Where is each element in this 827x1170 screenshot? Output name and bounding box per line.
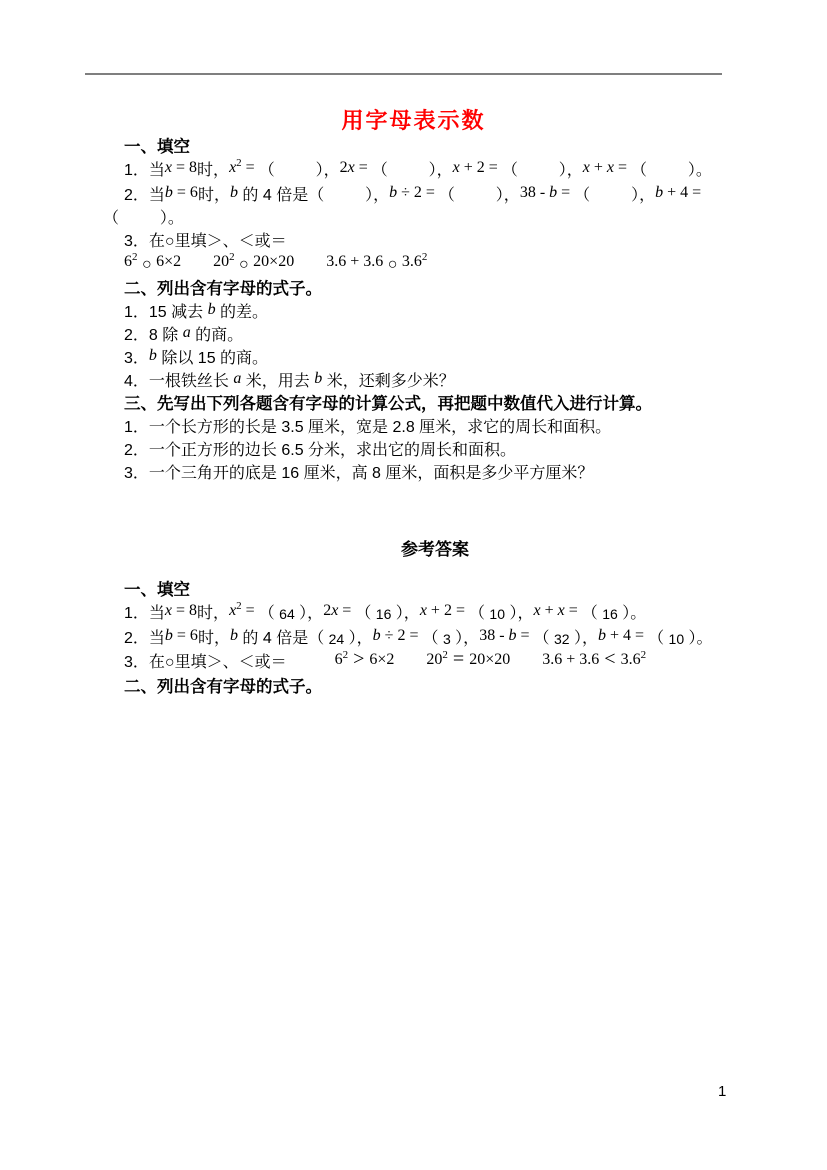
text-segment: （ ），	[259, 162, 340, 179]
text-segment: 的商。	[191, 327, 243, 344]
text-segment: ○	[235, 256, 254, 273]
text-segment: 4．一根铁丝长	[124, 373, 233, 390]
math-variable: b	[230, 627, 238, 644]
text-segment: 3．在○里填＞、＜或＝	[124, 233, 287, 250]
math-text: 38 -	[479, 627, 508, 644]
math-text: =	[242, 602, 259, 619]
q1-item2: 2．当b = 6时，b 的 4 倍是（ ），b ÷ 2 = （ ），38 - b…	[103, 184, 767, 207]
math-text: =	[338, 602, 355, 619]
q2-item1: 1．15 减去 b 的差。	[103, 301, 767, 324]
math-variable: b	[549, 184, 557, 201]
math-text: 2	[323, 602, 331, 619]
text-segment: 时，	[198, 630, 230, 647]
comparison-operator: >	[348, 648, 369, 670]
text-segment: （	[582, 605, 602, 622]
text-segment: 的差。	[216, 304, 268, 321]
math-text: + 2 =	[460, 159, 502, 176]
math-text: 6	[124, 253, 132, 270]
math-text: +	[541, 602, 558, 619]
worksheet-title: 用字母表示数	[0, 0, 827, 136]
q3-item1: 1．一个长方形的长是 3.5 厘米，宽是 2.8 厘米，求它的周长和面积。	[103, 416, 767, 439]
text-segment: 2．8 除	[124, 327, 183, 344]
math-superscript: 2	[132, 251, 138, 263]
math-variable: x	[533, 602, 540, 619]
text-segment: 2．一个正方形的边长 6.5 分米，求出它的周长和面积。	[124, 442, 516, 459]
answer-value: 24	[329, 631, 345, 647]
answer-value: 10	[489, 606, 505, 622]
math-variable: b	[598, 627, 606, 644]
text-segment	[287, 654, 335, 671]
math-text: + 2 =	[427, 602, 469, 619]
text-segment: 时，	[198, 187, 230, 204]
math-variable: x	[583, 159, 590, 176]
answers-q1-item1: 1．当x = 8时，x2 = （ 64 ），2x = （ 16 ），x + 2 …	[103, 602, 767, 627]
q3-item3: 3．一个三角开的底是 16 厘米，高 8 厘米，面积是多少平方厘米？	[103, 462, 767, 485]
answers-title: 参考答案	[103, 538, 767, 562]
text-segment: （	[469, 605, 489, 622]
text-segment: ○	[138, 256, 157, 273]
worksheet-body: 一、填空 1．当x = 8时，x2 = （ ），2x = （ ），x + 2 =…	[103, 136, 767, 699]
document-page: 用字母表示数 一、填空 1．当x = 8时，x2 = （ ），2x = （ ），…	[0, 0, 827, 1170]
math-text: = 6	[173, 184, 198, 201]
text-segment: （ ），	[574, 187, 655, 204]
text-segment: （	[259, 605, 279, 622]
math-superscript: 2	[236, 157, 242, 169]
text-segment: （ ），	[502, 162, 583, 179]
text-segment: ）。	[684, 630, 712, 647]
math-variable: b	[314, 370, 322, 387]
text-segment: 3．一个三角开的底是 16 厘米，高 8 厘米，面积是多少平方厘米？	[124, 465, 593, 482]
section3-heading: 三、先写出下列各题含有字母的计算公式，再把题中数值代入进行计算。	[103, 393, 767, 416]
text-segment: 1．一个长方形的长是 3.5 厘米，宽是 2.8 厘米，求它的周长和面积。	[124, 419, 611, 436]
math-text: 38 -	[520, 184, 549, 201]
answer-value: 16	[376, 606, 392, 622]
text-segment: ），	[505, 605, 533, 622]
text-segment: 时，	[197, 162, 229, 179]
math-text: 3.6 + 3.6	[326, 253, 383, 270]
math-variable: x	[165, 159, 172, 176]
math-text: = 8	[172, 602, 197, 619]
math-text: =	[355, 159, 372, 176]
math-variable: b	[208, 301, 216, 318]
answer-value: 10	[669, 631, 685, 647]
q1-item2-continuation: （ ）。	[103, 207, 767, 230]
text-segment: （ ），	[439, 187, 520, 204]
math-text: 6×2	[369, 651, 394, 668]
math-superscript: 2	[229, 251, 235, 263]
math-text: 2	[340, 159, 348, 176]
math-text: + 4 =	[606, 627, 648, 644]
text-segment: 2．当	[124, 630, 165, 647]
text-segment: 除以 15 的商。	[157, 350, 268, 367]
math-superscript: 2	[422, 251, 428, 263]
answers-q1-item2: 2．当b = 6时，b 的 4 倍是（ 24 ），b ÷ 2 = （ 3 ），3…	[103, 627, 767, 650]
text-segment: 1．15 减去	[124, 304, 208, 321]
text-segment: 1．当	[124, 162, 165, 179]
text-segment: 米，还剩多少米？	[322, 373, 454, 390]
text-segment: 的 4 倍是（	[238, 630, 329, 647]
math-text: = 6	[173, 627, 198, 644]
math-text: + 4 =	[663, 184, 701, 201]
math-text: =	[517, 627, 534, 644]
math-text: 6	[335, 651, 343, 668]
text-segment: ），	[295, 605, 323, 622]
section1-heading: 一、填空	[103, 136, 767, 159]
text-segment: （ ），	[372, 162, 453, 179]
math-text: 20	[213, 253, 229, 270]
math-text: +	[590, 159, 607, 176]
section2-heading: 二、列出含有字母的式子。	[103, 278, 767, 301]
math-variable: x	[165, 602, 172, 619]
text-segment: 2．当	[124, 187, 165, 204]
text-segment: ），	[391, 605, 419, 622]
math-variable: x	[453, 159, 460, 176]
text-segment	[394, 654, 426, 671]
math-text: 3.6 + 3.6	[542, 651, 599, 668]
answer-value: 32	[554, 631, 570, 647]
text-segment	[294, 256, 326, 273]
answers-section2-heading: 二、列出含有字母的式子。	[103, 676, 767, 699]
q2-item4: 4．一根铁丝长 a 米，用去 b 米，还剩多少米？	[103, 370, 767, 393]
math-text: ÷ 2 =	[397, 184, 439, 201]
math-variable: b	[655, 184, 663, 201]
text-segment: ○	[383, 256, 402, 273]
text-segment: 3．	[124, 350, 149, 367]
answer-value: 64	[279, 606, 295, 622]
text-segment: （	[355, 605, 375, 622]
text-segment: 时，	[197, 605, 229, 622]
math-text: = 8	[172, 159, 197, 176]
math-variable: a	[233, 370, 241, 387]
text-segment: 的 4 倍是（ ），	[238, 187, 389, 204]
math-superscript: 2	[641, 649, 647, 661]
text-segment	[510, 654, 542, 671]
page-number: 1	[718, 1083, 726, 1100]
comparison-operator: <	[599, 648, 620, 670]
math-variable: x	[558, 602, 565, 619]
q1-item3-expressions: 62 ○ 6×2 202 ○ 20×20 3.6 + 3.6 ○ 3.62	[103, 253, 767, 278]
math-variable: x	[607, 159, 614, 176]
answers-q1-item3: 3．在○里填＞、＜或＝ 62 > 6×2 202 = 20×20 3.6 + 3…	[103, 650, 767, 676]
text-segment: ），	[344, 630, 372, 647]
q1-item3: 3．在○里填＞、＜或＝	[103, 230, 767, 253]
text-segment: 米，用去	[241, 373, 314, 390]
q2-item3: 3．b 除以 15 的商。	[103, 347, 767, 370]
text-segment: ），	[570, 630, 598, 647]
math-superscript: 2	[236, 600, 242, 612]
math-text: 20	[426, 651, 442, 668]
q3-item2: 2．一个正方形的边长 6.5 分米，求出它的周长和面积。	[103, 439, 767, 462]
math-text: 20×20	[253, 253, 294, 270]
math-variable: b	[165, 184, 173, 201]
math-variable: b	[149, 347, 157, 364]
text-segment: 1．当	[124, 605, 165, 622]
math-variable: b	[230, 184, 238, 201]
math-text: =	[565, 602, 582, 619]
q2-item2: 2．8 除 a 的商。	[103, 324, 767, 347]
math-text: =	[242, 159, 259, 176]
math-text: =	[614, 159, 631, 176]
math-text: 3.6	[621, 651, 641, 668]
answers-section1-heading: 一、填空	[103, 579, 767, 602]
math-variable: x	[420, 602, 427, 619]
text-segment: （ ）。	[103, 210, 184, 227]
text-segment: （	[648, 630, 668, 647]
math-text: ÷ 2 =	[381, 627, 423, 644]
math-text: =	[557, 184, 574, 201]
math-variable: b	[509, 627, 517, 644]
text-segment: （	[534, 630, 554, 647]
text-segment: （	[422, 630, 442, 647]
math-text: 20×20	[469, 651, 510, 668]
math-variable: a	[183, 324, 191, 341]
text-segment: ）。	[618, 605, 646, 622]
q1-item1: 1．当x = 8时，x2 = （ ），2x = （ ），x + 2 = （ ），…	[103, 159, 767, 184]
math-variable: b	[373, 627, 381, 644]
math-variable: x	[348, 159, 355, 176]
math-variable: b	[165, 627, 173, 644]
text-segment: ），	[451, 630, 479, 647]
text-segment	[181, 256, 213, 273]
math-text: 6×2	[156, 253, 181, 270]
text-segment: （ ）。	[631, 162, 712, 179]
answer-value: 3	[443, 631, 451, 647]
header-rule	[85, 73, 722, 75]
math-text: 3.6	[402, 253, 422, 270]
comparison-operator: =	[448, 648, 469, 670]
text-segment: 3．在○里填＞、＜或＝	[124, 654, 287, 671]
math-variable: b	[389, 184, 397, 201]
answer-value: 16	[602, 606, 618, 622]
